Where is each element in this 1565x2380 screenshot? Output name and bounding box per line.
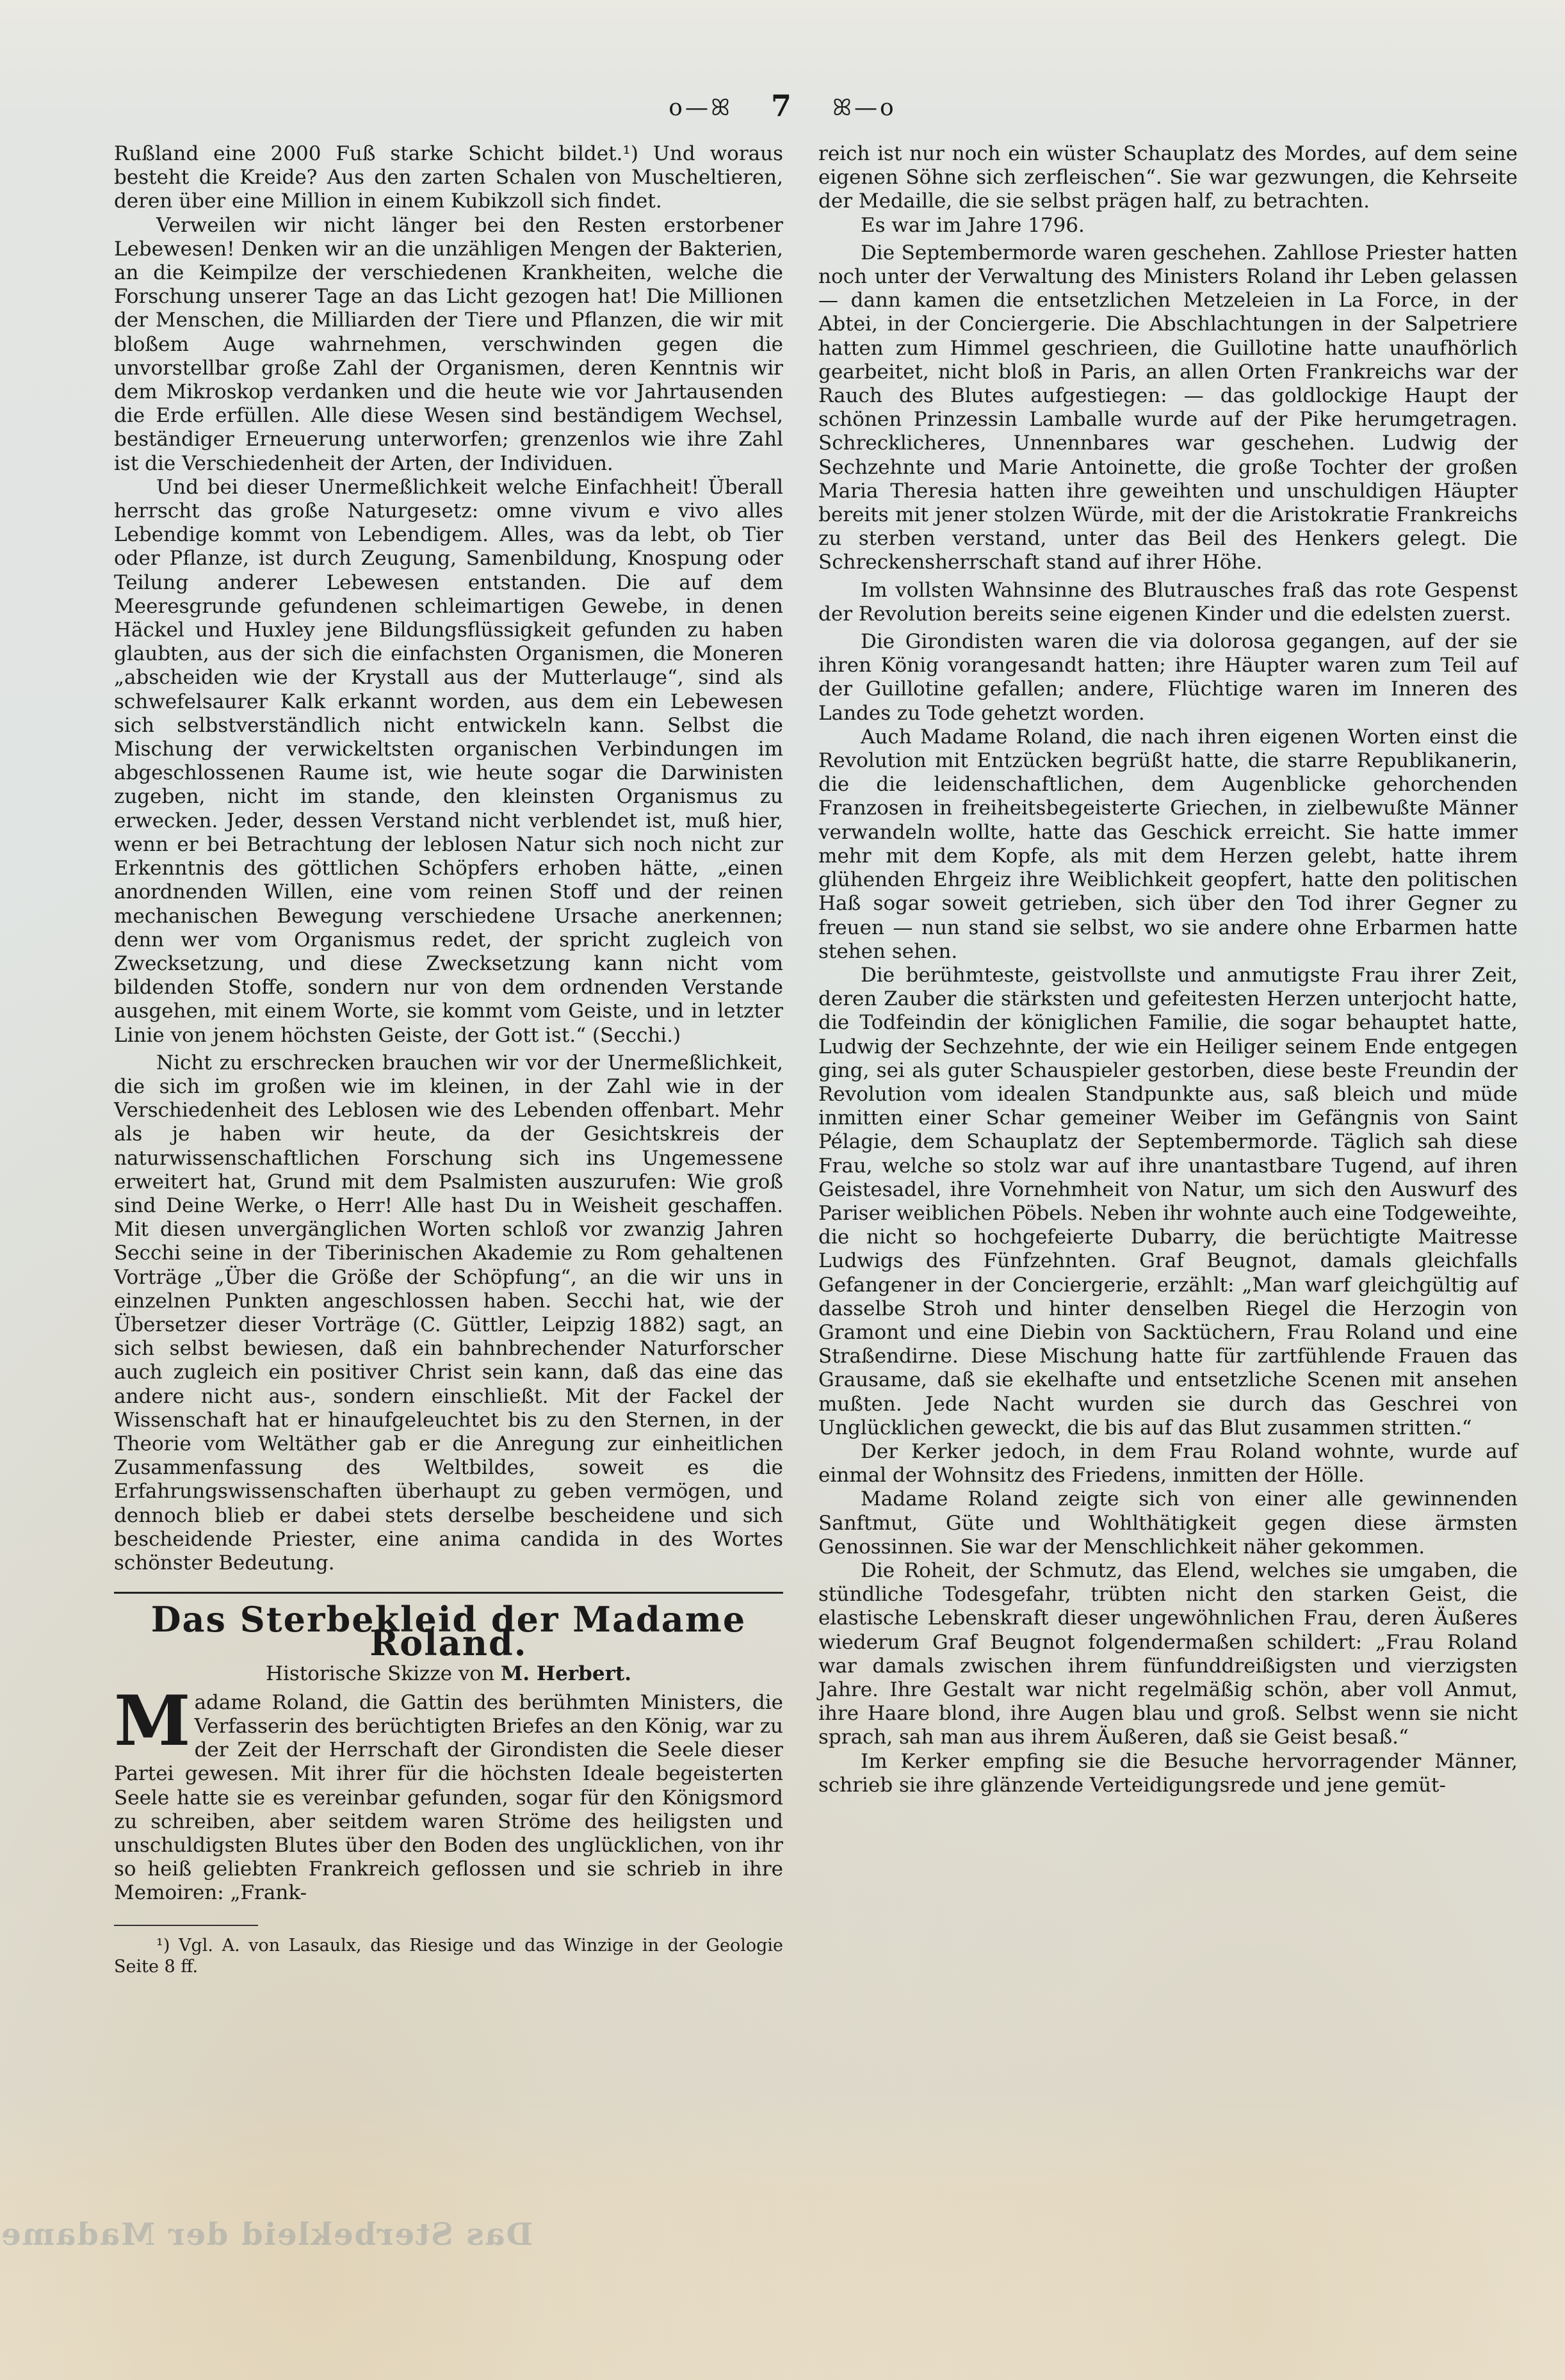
paragraph: reich ist nur noch ein wüster Schauplatz… (818, 142, 1518, 214)
subtitle-prefix: Historische Skizze von (266, 1662, 494, 1685)
paragraph: Es war im Jahre 1796. (818, 214, 1518, 238)
footnote: ¹) Vgl. A. von Lasaulx, das Riesige und … (114, 1935, 783, 1977)
article-divider (114, 1592, 783, 1594)
bleed-through-text: Das Sterbekleid der Madame (0, 2217, 533, 2253)
paragraph: Rußland eine 2000 Fuß starke Schicht bil… (114, 142, 783, 214)
drop-cap: M (114, 1694, 191, 1749)
left-column: Rußland eine 2000 Fuß starke Schicht bil… (114, 142, 783, 1977)
paragraph: Auch Madame Roland, die nach ihren eigen… (818, 725, 1518, 964)
page-number: 7 (771, 88, 794, 123)
paragraph: Im Kerker empfing sie die Besuche hervor… (818, 1750, 1518, 1797)
paragraph: Der Kerker jedoch, in dem Frau Roland wo… (818, 1440, 1518, 1487)
paragraph: Madame Roland zeigte sich von einer alle… (818, 1487, 1518, 1559)
ornament-right-icon: ꕤ—o (832, 95, 896, 121)
article-first-paragraph: Madame Roland, die Gattin des berühmten … (114, 1691, 783, 1906)
paragraph: Verweilen wir nicht länger bei den Reste… (114, 214, 783, 476)
paragraph: Die Roheit, der Schmutz, das Elend, welc… (818, 1559, 1518, 1750)
paragraph: Die Septembermorde waren geschehen. Zahl… (818, 241, 1518, 575)
paragraph: Die Girondisten waren die via dolorosa g… (818, 630, 1518, 725)
footnote-divider (114, 1925, 258, 1926)
paragraph: Und bei dieser Unermeßlichkeit welche Ei… (114, 476, 783, 1048)
article-title: Das Sterbekleid der Madame Roland. (114, 1608, 783, 1655)
right-column: reich ist nur noch ein wüster Schauplatz… (818, 142, 1518, 1797)
article-author: M. Herbert. (501, 1662, 631, 1685)
paragraph: Im vollsten Wahnsinne des Blutrausches f… (818, 579, 1518, 626)
page-header: o—ꕤ 7 ꕤ—o (0, 88, 1565, 123)
paragraph: Nicht zu erschrecken brauchen wir vor de… (114, 1051, 783, 1575)
paragraph: Die berühmteste, geistvollste und anmuti… (818, 964, 1518, 1440)
article-subtitle: Historische Skizze von M. Herbert. (114, 1662, 783, 1686)
ornament-left-icon: o—ꕤ (669, 95, 733, 121)
first-paragraph-text: adame Roland, die Gattin des berühmten M… (114, 1691, 783, 1905)
